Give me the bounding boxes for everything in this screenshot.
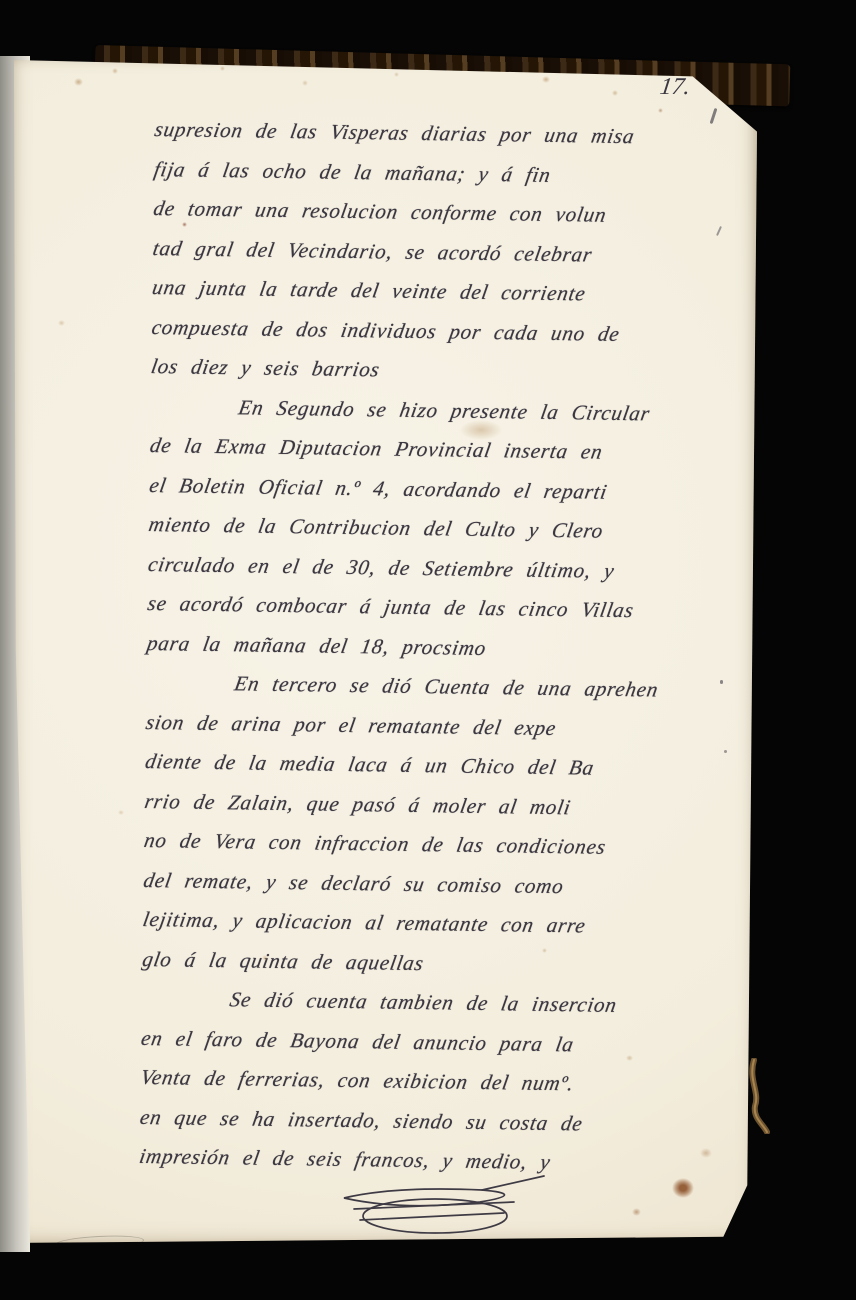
foxing-spot bbox=[542, 76, 550, 83]
foxing-spot bbox=[542, 948, 547, 953]
foxing-spot bbox=[112, 68, 118, 74]
manuscript-text: supresion de las Visperas diarias por un… bbox=[12, 50, 760, 1250]
foxing-spot bbox=[394, 72, 399, 77]
foxing-spot bbox=[58, 320, 65, 326]
foxing-spot bbox=[262, 955, 268, 961]
binding-thread-icon bbox=[744, 1058, 774, 1134]
foxing-spot bbox=[700, 1148, 712, 1158]
foxing-spot bbox=[612, 90, 618, 96]
photo-background: 17. supresion de las Visperas diarias po… bbox=[0, 0, 856, 1300]
foxing-spot bbox=[658, 108, 663, 113]
end-flourish-icon bbox=[332, 1174, 564, 1240]
foxing-spot bbox=[626, 1055, 633, 1061]
foxing-spot bbox=[74, 78, 83, 86]
ink-smudge bbox=[460, 420, 502, 440]
foxing-spot bbox=[672, 1178, 694, 1198]
foxing-spot bbox=[632, 1208, 641, 1216]
foxing-spot bbox=[302, 80, 308, 86]
foxing-spot bbox=[220, 66, 225, 71]
ink-fleck bbox=[724, 750, 727, 753]
foxing-spot bbox=[182, 222, 187, 227]
foxing-spot bbox=[118, 810, 124, 815]
manuscript-page: 17. supresion de las Visperas diarias po… bbox=[12, 50, 760, 1250]
ink-fleck bbox=[720, 680, 723, 684]
